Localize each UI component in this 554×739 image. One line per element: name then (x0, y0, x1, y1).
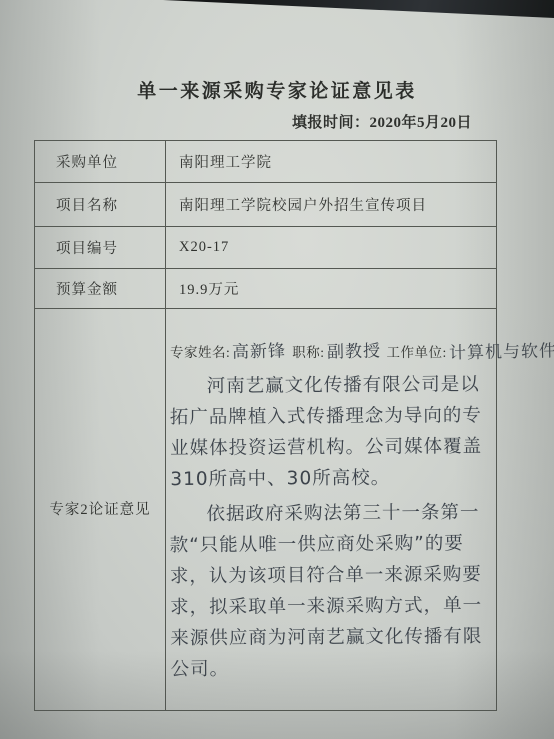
work-unit-handwritten: 计算机与软件学院 (449, 335, 554, 363)
row-label-project-name: 项目名称 (35, 183, 166, 227)
table-row: 项目编号 X20-17 (35, 227, 497, 269)
expert-name-handwritten: 高新锋 (232, 336, 287, 362)
row-label-project-number: 项目编号 (35, 227, 166, 269)
row-value-project-name: 南阳理工学院校园户外招生宣传项目 (166, 183, 497, 227)
opinion-handwritten-text: 河南艺赢文化传播有限公司是以拓广品牌植入式传播理念为导向的专业媒体投资运营机构。… (166, 362, 496, 684)
expert-name-label: 专家姓名: (170, 341, 230, 361)
opinion-paragraph-2: 依据政府采购法第三十一条第一款“只能从唯一供应商处采购”的要求，认为该项目符合单… (169, 496, 490, 684)
table-row-expert-opinion: 专家2论证意见 专家姓名: 高新锋 职称: 副教授 工作单位: 计算机与软件学院… (35, 309, 497, 711)
opinion-paragraph-1: 河南艺赢文化传播有限公司是以拓广品牌植入式传播理念为导向的专业媒体投资运营机构。… (170, 368, 491, 494)
form-table: 采购单位 南阳理工学院 项目名称 南阳理工学院校园户外招生宣传项目 项目编号 X… (34, 140, 497, 711)
expert-title-label: 职称: (292, 341, 324, 361)
form-title: 单一来源采购专家论证意见表 (0, 76, 554, 103)
row-value-purchasing-unit: 南阳理工学院 (166, 141, 497, 183)
table-row: 项目名称 南阳理工学院校园户外招生宣传项目 (35, 183, 497, 227)
row-value-project-number: X20-17 (166, 227, 497, 269)
row-label-expert2-opinion: 专家2论证意见 (35, 309, 166, 711)
row-value-budget-amount: 19.9万元 (166, 269, 497, 309)
expert-header-line: 专家姓名: 高新锋 职称: 副教授 工作单位: 计算机与软件学院 (166, 332, 496, 362)
table-row: 预算金额 19.9万元 (35, 269, 497, 309)
row-label-budget-amount: 预算金额 (35, 269, 166, 309)
fill-date: 填报时间：2020年5月20日 (292, 111, 472, 132)
row-label-purchasing-unit: 采购单位 (35, 141, 166, 183)
table-row: 采购单位 南阳理工学院 (35, 141, 497, 183)
expert-opinion-cell: 专家姓名: 高新锋 职称: 副教授 工作单位: 计算机与软件学院 河南艺赢文化传… (166, 309, 497, 711)
work-unit-label: 工作单位: (387, 341, 447, 361)
expert-title-handwritten: 副教授 (326, 336, 381, 362)
photo-of-form: 单一来源采购专家论证意见表 填报时间：2020年5月20日 采购单位 南阳理工学… (0, 0, 554, 739)
